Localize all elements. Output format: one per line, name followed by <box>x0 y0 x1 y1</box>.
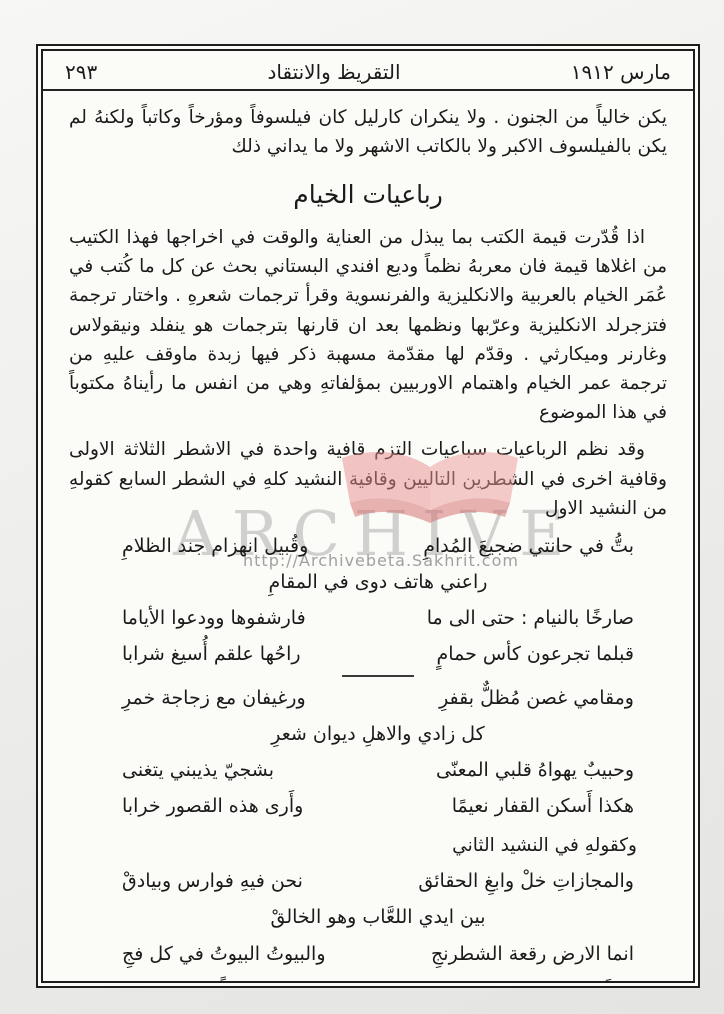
hemistich-right: ومقامي غصن مُظلٌّ بقفرِ <box>439 683 634 713</box>
hemistich-right: والمجازاتِ خلْ وابغِ الحقائق <box>418 866 634 896</box>
poem-line: كل زادي والاهلِ ديوان شعرِ <box>122 719 634 749</box>
hemistich-left: ورغيفان مع زجاجة خمرِ <box>122 683 306 713</box>
page-frame: ARCHIVE http://Archivebeta.Sakhrit.com م… <box>36 44 700 988</box>
poem-line: انما الارض رقعة الشطرنجِوالبيوتُ البيوتُ… <box>122 939 634 969</box>
page-header: مارس ١٩١٢ التقريظ والانتقاد ٢٩٣ <box>43 51 693 91</box>
header-journal-section-title: التقريظ والانتقاد <box>97 60 571 84</box>
section-title: رباعيات الخيام <box>69 175 667 215</box>
hemistich-left: راحُها علقم أُسيغ شرابا <box>122 639 301 669</box>
intro-paragraph: يكن خالياً من الجنون . ولا ينكران كارليل… <box>69 103 667 161</box>
body-text: يكن خالياً من الجنون . ولا ينكران كارليل… <box>43 91 693 988</box>
hemistich-left: نحن فيهِ فوارس وبيادقْ <box>122 866 303 896</box>
hemistich-right: بيذقًا إثر بيذق نترك الرقـ <box>444 975 634 988</box>
poem-line: راعني هاتف دوى في المقامِ <box>122 567 634 597</box>
hemistich-left: بشجيّ يذيبني يتغنى <box>122 755 274 785</box>
poem-line: هكذا أَسكن القفار نعيمًاوأَرى هذه القصور… <box>122 791 634 821</box>
poem-line: بين ايدي اللعَّاب وهو الخالقْ <box>122 902 634 932</box>
scanned-page: ARCHIVE http://Archivebeta.Sakhrit.com م… <box>0 0 724 1014</box>
poem-line: بتُّ في حانتي ضجيعَ المُدامِوقُبيل انهزا… <box>122 531 634 561</box>
hemistich-right: صارخًا بالنيام : حتى الى ما <box>427 603 634 633</box>
poem-line: صارخًا بالنيام : حتى الى مافارشفوها وودع… <box>122 603 634 633</box>
hemistich-left: وقُبيل انهزام جند الظلامِ <box>122 531 308 561</box>
header-page-number: ٢٩٣ <box>65 60 97 84</box>
poem-divider <box>122 675 634 677</box>
hemistich-right: وحبيبٌ يهواهُ قلبي المعنّى <box>436 755 634 785</box>
hemistich-right: انما الارض رقعة الشطرنجِ <box>431 939 634 969</box>
hemistich-left: فارشفوها وودعوا الأياما <box>122 603 306 633</box>
hemistich-left: وأَرى هذه القصور خرابا <box>122 791 303 821</box>
second-canto-note: وكقولهِ في النشيد الثاني <box>69 831 637 860</box>
poem-line: ومقامي غصن مُظلٌّ بقفرِورغيفان مع زجاجة … <box>122 683 634 713</box>
paragraph-book-review: اذا قُدّرت قيمة الكتب بما يبذل من العناي… <box>69 223 667 428</box>
poem-first-canto: بتُّ في حانتي ضجيعَ المُدامِوقُبيل انهزا… <box>122 531 634 821</box>
hemistich-left: والبيوتُ البيوتُ في كل فجِ <box>122 939 326 969</box>
hemistich-right: هكذا أَسكن القفار نعيمًا <box>452 791 634 821</box>
page-content: مارس ١٩١٢ التقريظ والانتقاد ٢٩٣ يكن خالي… <box>43 51 693 981</box>
paragraph-rhyme-scheme: وقد نظم الرباعيات سباعيات التزم قافية وا… <box>69 435 667 523</box>
header-date: مارس ١٩١٢ <box>571 60 671 84</box>
poem-divider-line <box>342 675 414 677</box>
poem-line: والمجازاتِ خلْ وابغِ الحقائقنحن فيهِ فوا… <box>122 866 634 896</box>
hemistich-right: قبلما تجرعون كأس حمامٍ <box>437 639 634 669</box>
poem-second-canto: والمجازاتِ خلْ وابغِ الحقائقنحن فيهِ فوا… <box>122 866 634 988</box>
poem-line: قبلما تجرعون كأس حمامٍراحُها علقم أُسيغ … <box>122 639 634 669</box>
hemistich-right: بتُّ في حانتي ضجيعَ المُدامِ <box>423 531 634 561</box>
poem-line: بيذقًا إثر بيذق نترك الرقــعة حتماً وللف… <box>122 975 634 988</box>
poem-line: وحبيبٌ يهواهُ قلبي المعنّىبشجيّ يذيبني ي… <box>122 755 634 785</box>
hemistich-left: ـعة حتماً وللفنا نتتالى <box>122 975 286 988</box>
